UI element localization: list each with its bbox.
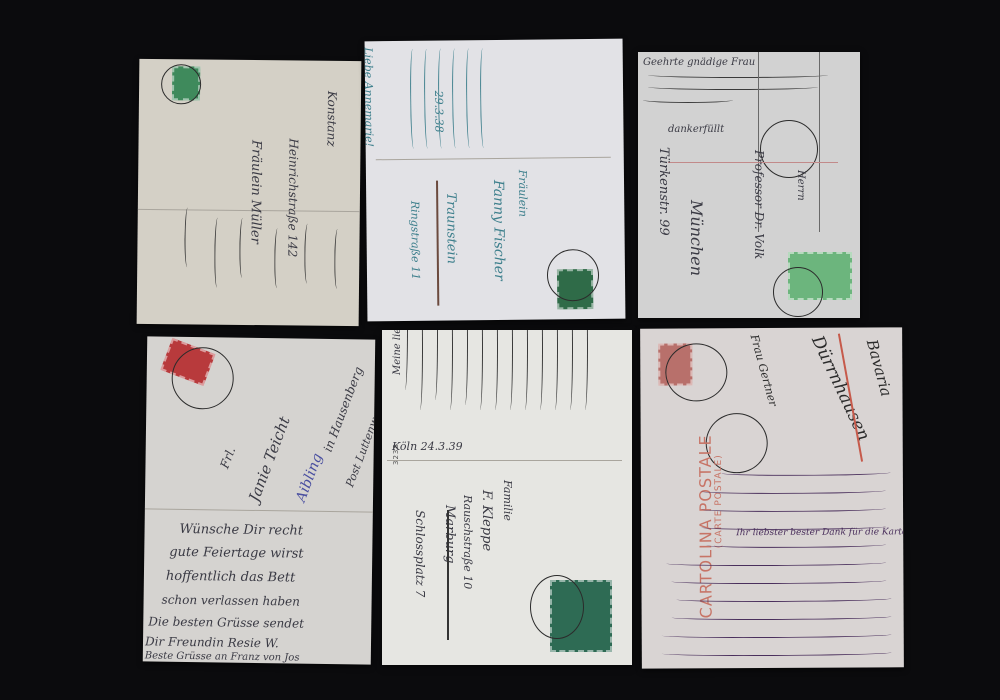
postmark-icon — [530, 575, 584, 639]
date-text: Köln 24.3.39 — [392, 440, 463, 453]
greeting-text: Liebe Annemarie! — [365, 47, 376, 147]
greeting-text: Geehrte gnädige Frau — [643, 57, 755, 68]
message-line: Beste Grüsse an Franz von Jos — [145, 650, 300, 663]
address-line: Professor Dr. Volk — [752, 150, 766, 259]
postcard-top-right: Geehrte gnädige Frau dankerfüllt Herrn P… — [638, 52, 860, 318]
message-line: Die besten Grüsse sendet — [148, 614, 304, 630]
address-line: Rauschstraße 10 — [461, 495, 474, 589]
message-line: hoffentlich das Bett — [166, 569, 296, 586]
postmark-icon — [773, 267, 823, 317]
message-line: Dir Freundin Resie W. — [145, 634, 279, 650]
address-line: Fräulein — [516, 170, 529, 217]
postcard-top-left: Fräulein Müller Heinrichstraße 142 Konst… — [137, 59, 362, 326]
address-line: Aibling — [293, 451, 326, 504]
card-divider — [145, 508, 373, 512]
address-line: Janie Teicht — [245, 414, 294, 504]
postmark-icon — [171, 347, 234, 410]
card-divider — [387, 460, 622, 461]
address-line: Fanny Fischer — [490, 180, 507, 281]
postmark-icon — [547, 249, 600, 302]
address-line: München — [687, 200, 706, 276]
address-line: Frl. — [217, 445, 238, 470]
address-line: Fräulein Müller — [247, 140, 263, 244]
postcard-bottom-left: Frl. Janie Teicht Aibling in Hausenberg … — [143, 336, 376, 664]
address-line: Türkenstr. 99 — [656, 147, 671, 236]
postcard-bottom-right: CARTOLINA POSTALE (CARTE POSTALE) Dürrnh… — [640, 327, 904, 668]
postmark-icon — [665, 343, 727, 401]
address-line: Marburg — [442, 505, 457, 564]
message-line: Wünsche Dir recht — [179, 522, 303, 539]
address-line: Familie — [501, 480, 514, 521]
message-line: schon verlassen haben — [162, 593, 301, 609]
address-line: F. Kleppe — [479, 490, 494, 551]
printed-code: 3235 — [392, 443, 400, 465]
postmark-icon — [760, 120, 818, 178]
address-line: Traunstein — [443, 192, 459, 264]
postcard-bottom-center: Meine liebe Hanne! Köln 24.3.39 3235 Fam… — [382, 330, 632, 665]
card-divider — [376, 157, 611, 160]
address-line: Heinrichstraße 142 — [285, 138, 300, 257]
address-line: Konstanz — [324, 91, 339, 147]
address-line: Bavaria — [863, 337, 896, 398]
closing-text: dankerfüllt — [668, 124, 724, 135]
printed-subtitle: (CARTE POSTALE) — [714, 454, 724, 548]
address-line: Frau Gertner — [748, 333, 780, 408]
postmark-icon — [161, 64, 201, 104]
address-line: Herrn — [795, 170, 806, 201]
message-line: gute Feiertage wirst — [169, 545, 304, 562]
address-line: Ringstraße 11 — [408, 201, 422, 280]
address-line: Schlossplatz 7 — [413, 510, 427, 597]
postcard-top-center: 29.3.38 Liebe Annemarie! Fräulein Fanny … — [365, 39, 626, 322]
